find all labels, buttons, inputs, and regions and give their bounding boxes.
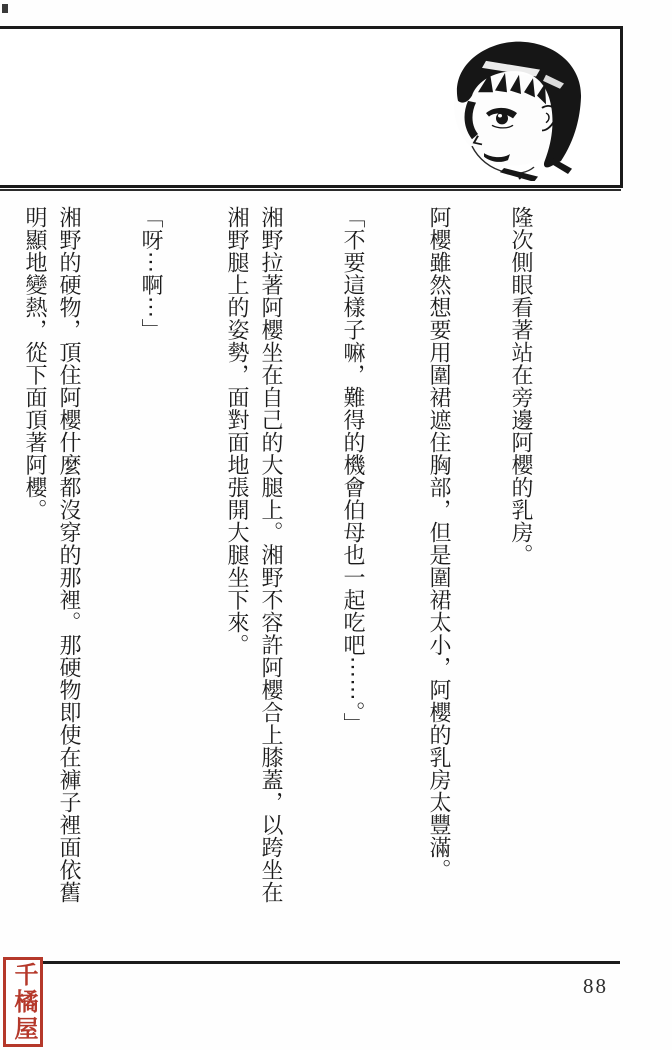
scan-artifact-tick [2, 4, 8, 13]
page-number: 88 [583, 974, 608, 999]
text-column: 湘野腿上的姿勢，面對面地張開大腿坐下來。 [222, 206, 252, 968]
text-column: 「不要這樣子嘛，難得的機會伯母也一起吃吧⋯⋯。」 [338, 206, 420, 968]
text-column: 阿櫻雖然想要用圍裙遮住胸部，但是圍裙太小，阿櫻的乳房太豐滿。 [424, 206, 502, 968]
publisher-seal-stamp: 千橘屋 [3, 957, 43, 1047]
woman-face-illustration [442, 33, 592, 181]
text-column: 「呀⋯啊⋯」 [136, 206, 218, 968]
vertical-text-area: 隆次側眼看著站在旁邊阿櫻的乳房。阿櫻雖然想要用圍裙遮住胸部，但是圍裙太小，阿櫻的… [104, 206, 584, 968]
text-column: 湘野拉著阿櫻坐在自己的大腿上。湘野不容許阿櫻合上膝蓋，以跨坐在 [256, 206, 334, 968]
footer-divider [9, 961, 620, 964]
text-column: 明顯地變熱，從下面頂著阿櫻。 [20, 206, 50, 968]
text-column: 隆次側眼看著站在旁邊阿櫻的乳房。 [506, 206, 584, 968]
text-column: 「妳看，讓我餵妳來做為我們做飯的回報吧⋯」 [0, 206, 16, 968]
text-column: 湘野的硬物，頂住阿櫻什麼都沒穿的那裡。那硬物即使在褲子裡面依舊 [54, 206, 132, 968]
header-box-underline [0, 189, 621, 191]
book-page: 隆次側眼看著站在旁邊阿櫻的乳房。阿櫻雖然想要用圍裙遮住胸部，但是圍裙太小，阿櫻的… [0, 0, 672, 1050]
header-illustration-box [0, 26, 623, 188]
